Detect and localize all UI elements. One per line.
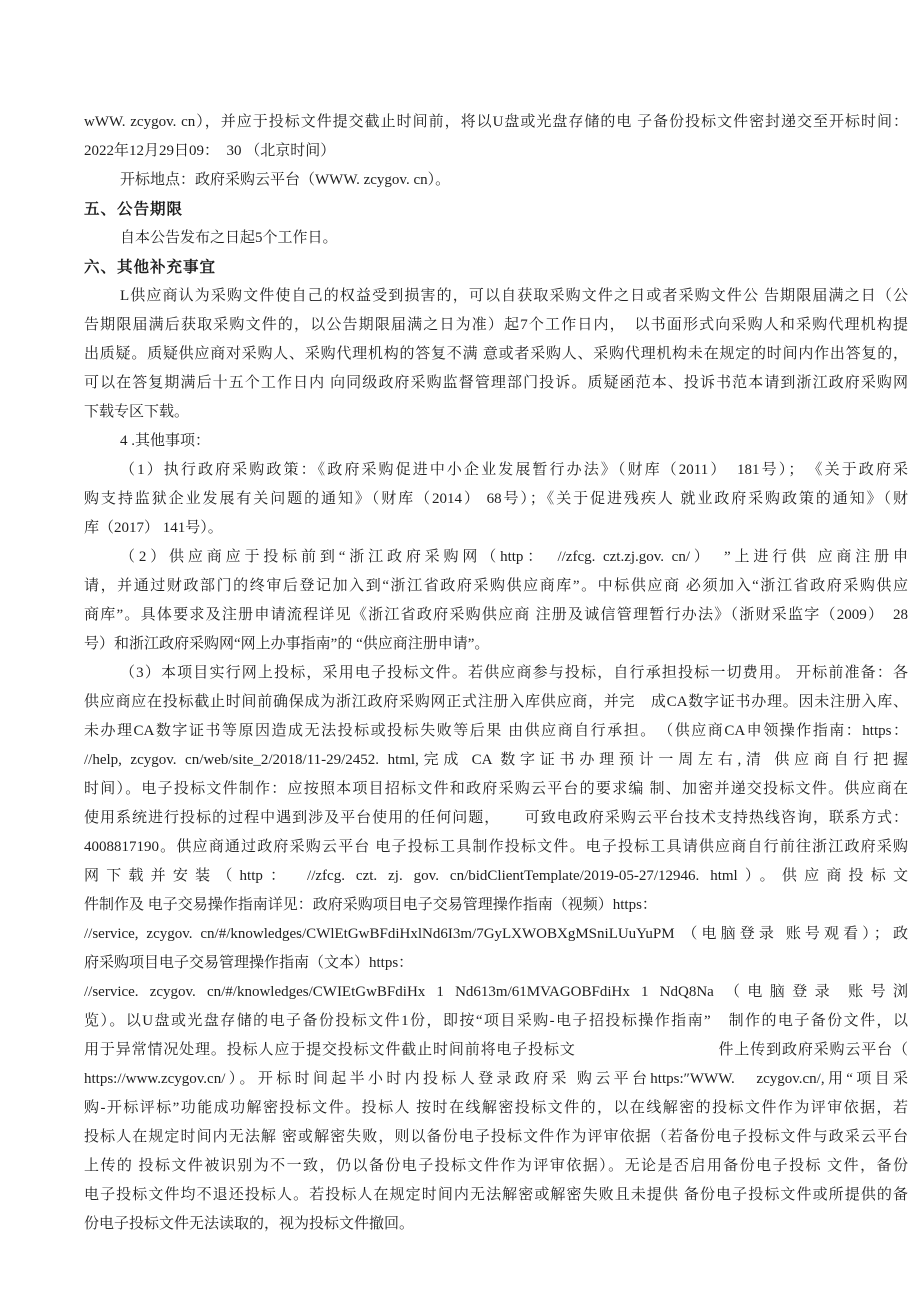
text-line: 下载专区下载。	[84, 398, 908, 427]
text-line: 览）。以U盘或光盘存储的电子备份投标文件1份，即按“项目采购-电子招投标操作指南…	[84, 1007, 908, 1036]
text-line: 告期限届满后获取采购文件的，以公告期限届满之日为准）起7个工作日内， 以书面形式…	[84, 311, 908, 340]
text-line: （3）本项目实行网上投标，采用电子投标文件。若供应商参与投标，自行承担投标一切费…	[84, 659, 908, 688]
text-line: 开标地点：政府采购云平台（WWW. zcygov. cn）。	[84, 166, 908, 195]
text-line: 供应商应在投标截止时间前确保成为浙江政府采购网正式注册入库供应商，并完 成CA数…	[84, 688, 908, 717]
section-heading: 六、其他补充事宜	[84, 253, 908, 282]
text-line: 用于异常情况处理。投标人应于提交投标文件截止时间前将电子投标文 件上传到政府采购…	[84, 1036, 908, 1065]
text-line: 4008817190。供应商通过政府采购云平台 电子投标工具制作投标文件。电子投…	[84, 833, 908, 862]
text-line: 可以在答复期满后十五个工作日内 向同级政府采购监督管理部门投诉。质疑函范本、投诉…	[84, 369, 908, 398]
text-line: 电子投标文件均不退还投标人。若投标人在规定时间内无法解密或解密失败且未提供 备份…	[84, 1181, 908, 1210]
text-line: 未办理CA数字证书等原因造成无法投标或投标失败等后果 由供应商自行承担。 （供应…	[84, 717, 908, 746]
text-line: 府采购项目电子交易管理操作指南（文本）https：	[84, 949, 908, 978]
text-line: 网下载并安装（http： //zfcg. czt. zj. gov. cn/bi…	[84, 862, 908, 891]
text-line: 份电子投标文件无法读取的，视为投标文件撤回。	[84, 1210, 908, 1239]
text-line: //help, zcygov. cn/web/site_2/2018/11-29…	[84, 746, 908, 775]
text-line: 号）和浙江政府采购网“网上办事指南”的 “供应商注册申请”。	[84, 630, 908, 659]
text-line: 购支持监狱企业发展有关问题的通知》（财库（2014） 68号）；《关于促进残疾人…	[84, 485, 908, 514]
text-line: 出质疑。质疑供应商对采购人、采购代理机构的答复不满 意或者采购人、采购代理机构未…	[84, 340, 908, 369]
text-line: //service, zcygov. cn/#/knowledges/CWlEt…	[84, 920, 908, 949]
text-line: 自本公告发布之日起5个工作日。	[84, 224, 908, 253]
text-line: 请，并通过财政部门的终审后登记加入到“浙江省政府采购供应商库”。中标供应商 必须…	[84, 572, 908, 601]
text-line: 使用系统进行投标的过程中遇到涉及平台使用的任何问题， 可致电政府采购云平台技术支…	[84, 804, 908, 833]
text-line: （2）供应商应于投标前到“浙江政府采购网（http： //zfcg. czt.z…	[84, 543, 908, 572]
text-line: 购-开标评标”功能成功解密投标文件。投标人 按时在线解密投标文件的，以在线解密的…	[84, 1094, 908, 1123]
text-line: L供应商认为采购文件使自己的权益受到损害的，可以自获取采购文件之日或者采购文件公…	[84, 282, 908, 311]
text-line: 4 .其他事项：	[84, 427, 908, 456]
text-line: 商库”。具体要求及注册申请流程详见《浙江省政府采购供应商 注册及诚信管理暂行办法…	[84, 601, 908, 630]
section-heading: 五、公告期限	[84, 195, 908, 224]
text-line: 上传的 投标文件被识别为不一致，仍以备份电子投标文件作为评审依据）。无论是否启用…	[84, 1152, 908, 1181]
text-line: 投标人在规定时间内无法解 密或解密失败，则以备份电子投标文件作为评审依据（若备份…	[84, 1123, 908, 1152]
document-page: wWW. zcygov. cn），并应于投标文件提交截止时间前，将以U盘或光盘存…	[0, 0, 920, 1239]
text-line: 件制作及 电子交易操作指南详见：政府采购项目电子交易管理操作指南（视频）http…	[84, 891, 908, 920]
text-line: （1）执行政府采购政策：《政府采购促进中小企业发展暂行办法》（财库（2011） …	[84, 456, 908, 485]
text-line: https://www.zcygov.cn/）。开标时间起半小时内投标人登录政府…	[84, 1065, 908, 1094]
text-line: //service. zcygov. cn/#/knowledges/CWIEt…	[84, 978, 908, 1007]
text-line: 2022年12月29日09： 30 （北京时间）	[84, 137, 908, 166]
text-line: 库（2017） 141号）。	[84, 514, 908, 543]
text-line: wWW. zcygov. cn），并应于投标文件提交截止时间前，将以U盘或光盘存…	[84, 108, 908, 137]
text-line: 时间）。电子投标文件制作：应按照本项目招标文件和政府采购云平台的要求编 制、加密…	[84, 775, 908, 804]
